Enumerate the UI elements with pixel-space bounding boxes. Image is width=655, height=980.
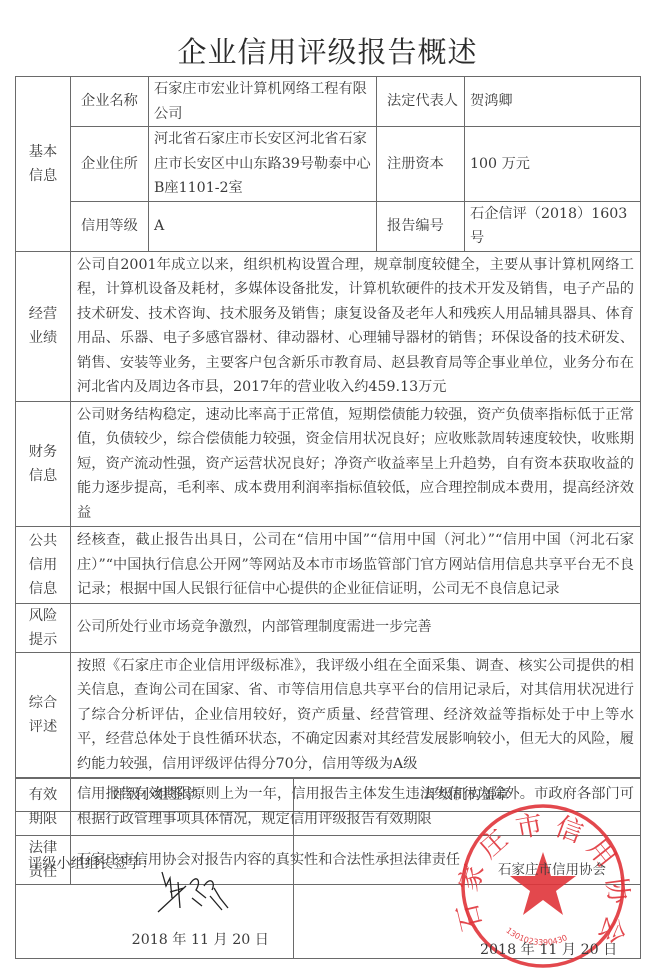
section-label-finance: 财务信息 [16,401,71,527]
credit-grade-label: 信用等级 [71,201,149,251]
agency-name: 石家庄市信用协会 [498,858,606,878]
team-signature-cell: 评级小组组长签字： 2018 年 11 月 20 日 [16,812,294,959]
section-label-risk: 风险提示 [16,603,71,652]
section-label-text: 财务信息 [28,440,58,488]
section-label-text: 风险提示 [28,604,58,652]
legal-rep-value: 贺鸿卿 [465,77,641,127]
team-signature-header: 评级小组签字 [16,779,294,812]
section-label-text: 综合评述 [28,691,58,739]
section-label-summary: 综合评述 [16,652,71,778]
credit-report-table: 基本信息 企业名称 石家庄市宏业计算机网络工程有限公司 法定代表人 贺鸿卿 企业… [15,76,641,885]
capital-value: 100 万元 [465,127,641,202]
financial-info-text: 公司财务结构稳定，速动比率高于正常值，短期偿债能力较强，资产负债率指标低于正常值… [71,401,641,527]
credit-grade-value: A [149,201,377,251]
address-label: 企业住所 [71,127,149,202]
section-label-business: 经营业绩 [16,251,71,401]
capital-label: 注册资本 [377,127,465,202]
section-label-public-credit: 公共信用信息 [16,527,71,604]
risk-text: 公司所处行业市场竞争激烈，内部管理制度需进一步完善 [71,603,641,652]
team-signature-date: 2018 年 11 月 20 日 [132,928,269,953]
section-label-text: 基本信息 [28,140,58,188]
section-label-basic-info: 基本信息 [16,77,71,252]
report-no-label: 报告编号 [377,201,465,251]
business-performance-text: 公司自2001年成立以来，组织机构设置合理，规章制度较健全，主要从事计算机网络工… [71,251,641,401]
address-value: 河北省石家庄市长安区河北省石家庄市长安区中山东路39号勒泰中心B座1101-2室 [149,127,377,202]
company-name-value: 石家庄市宏业计算机网络工程有限公司 [149,77,377,127]
agency-seal-date: 2018 年 11 月 20 日 [480,939,617,959]
legal-rep-label: 法定代表人 [377,77,465,127]
summary-text: 按照《石家庄市企业信用评级标准》，我评级小组在全面采集、调查、核实公司提供的相关… [71,652,641,778]
public-credit-text: 经核查，截止报告出具日，公司在“信用中国”“信用中国（河北）”“信用中国（河北石… [71,527,641,604]
document-title: 企业信用评级报告概述 [0,30,655,71]
leader-signature-label: 评级小组组长签字： [28,852,156,877]
report-no-value: 石企信评（2018）1603号 [465,201,641,251]
company-name-label: 企业名称 [71,77,149,127]
section-label-text: 公共信用信息 [28,529,58,601]
section-label-text: 经营业绩 [28,302,58,350]
handwritten-signature-icon [156,868,246,918]
